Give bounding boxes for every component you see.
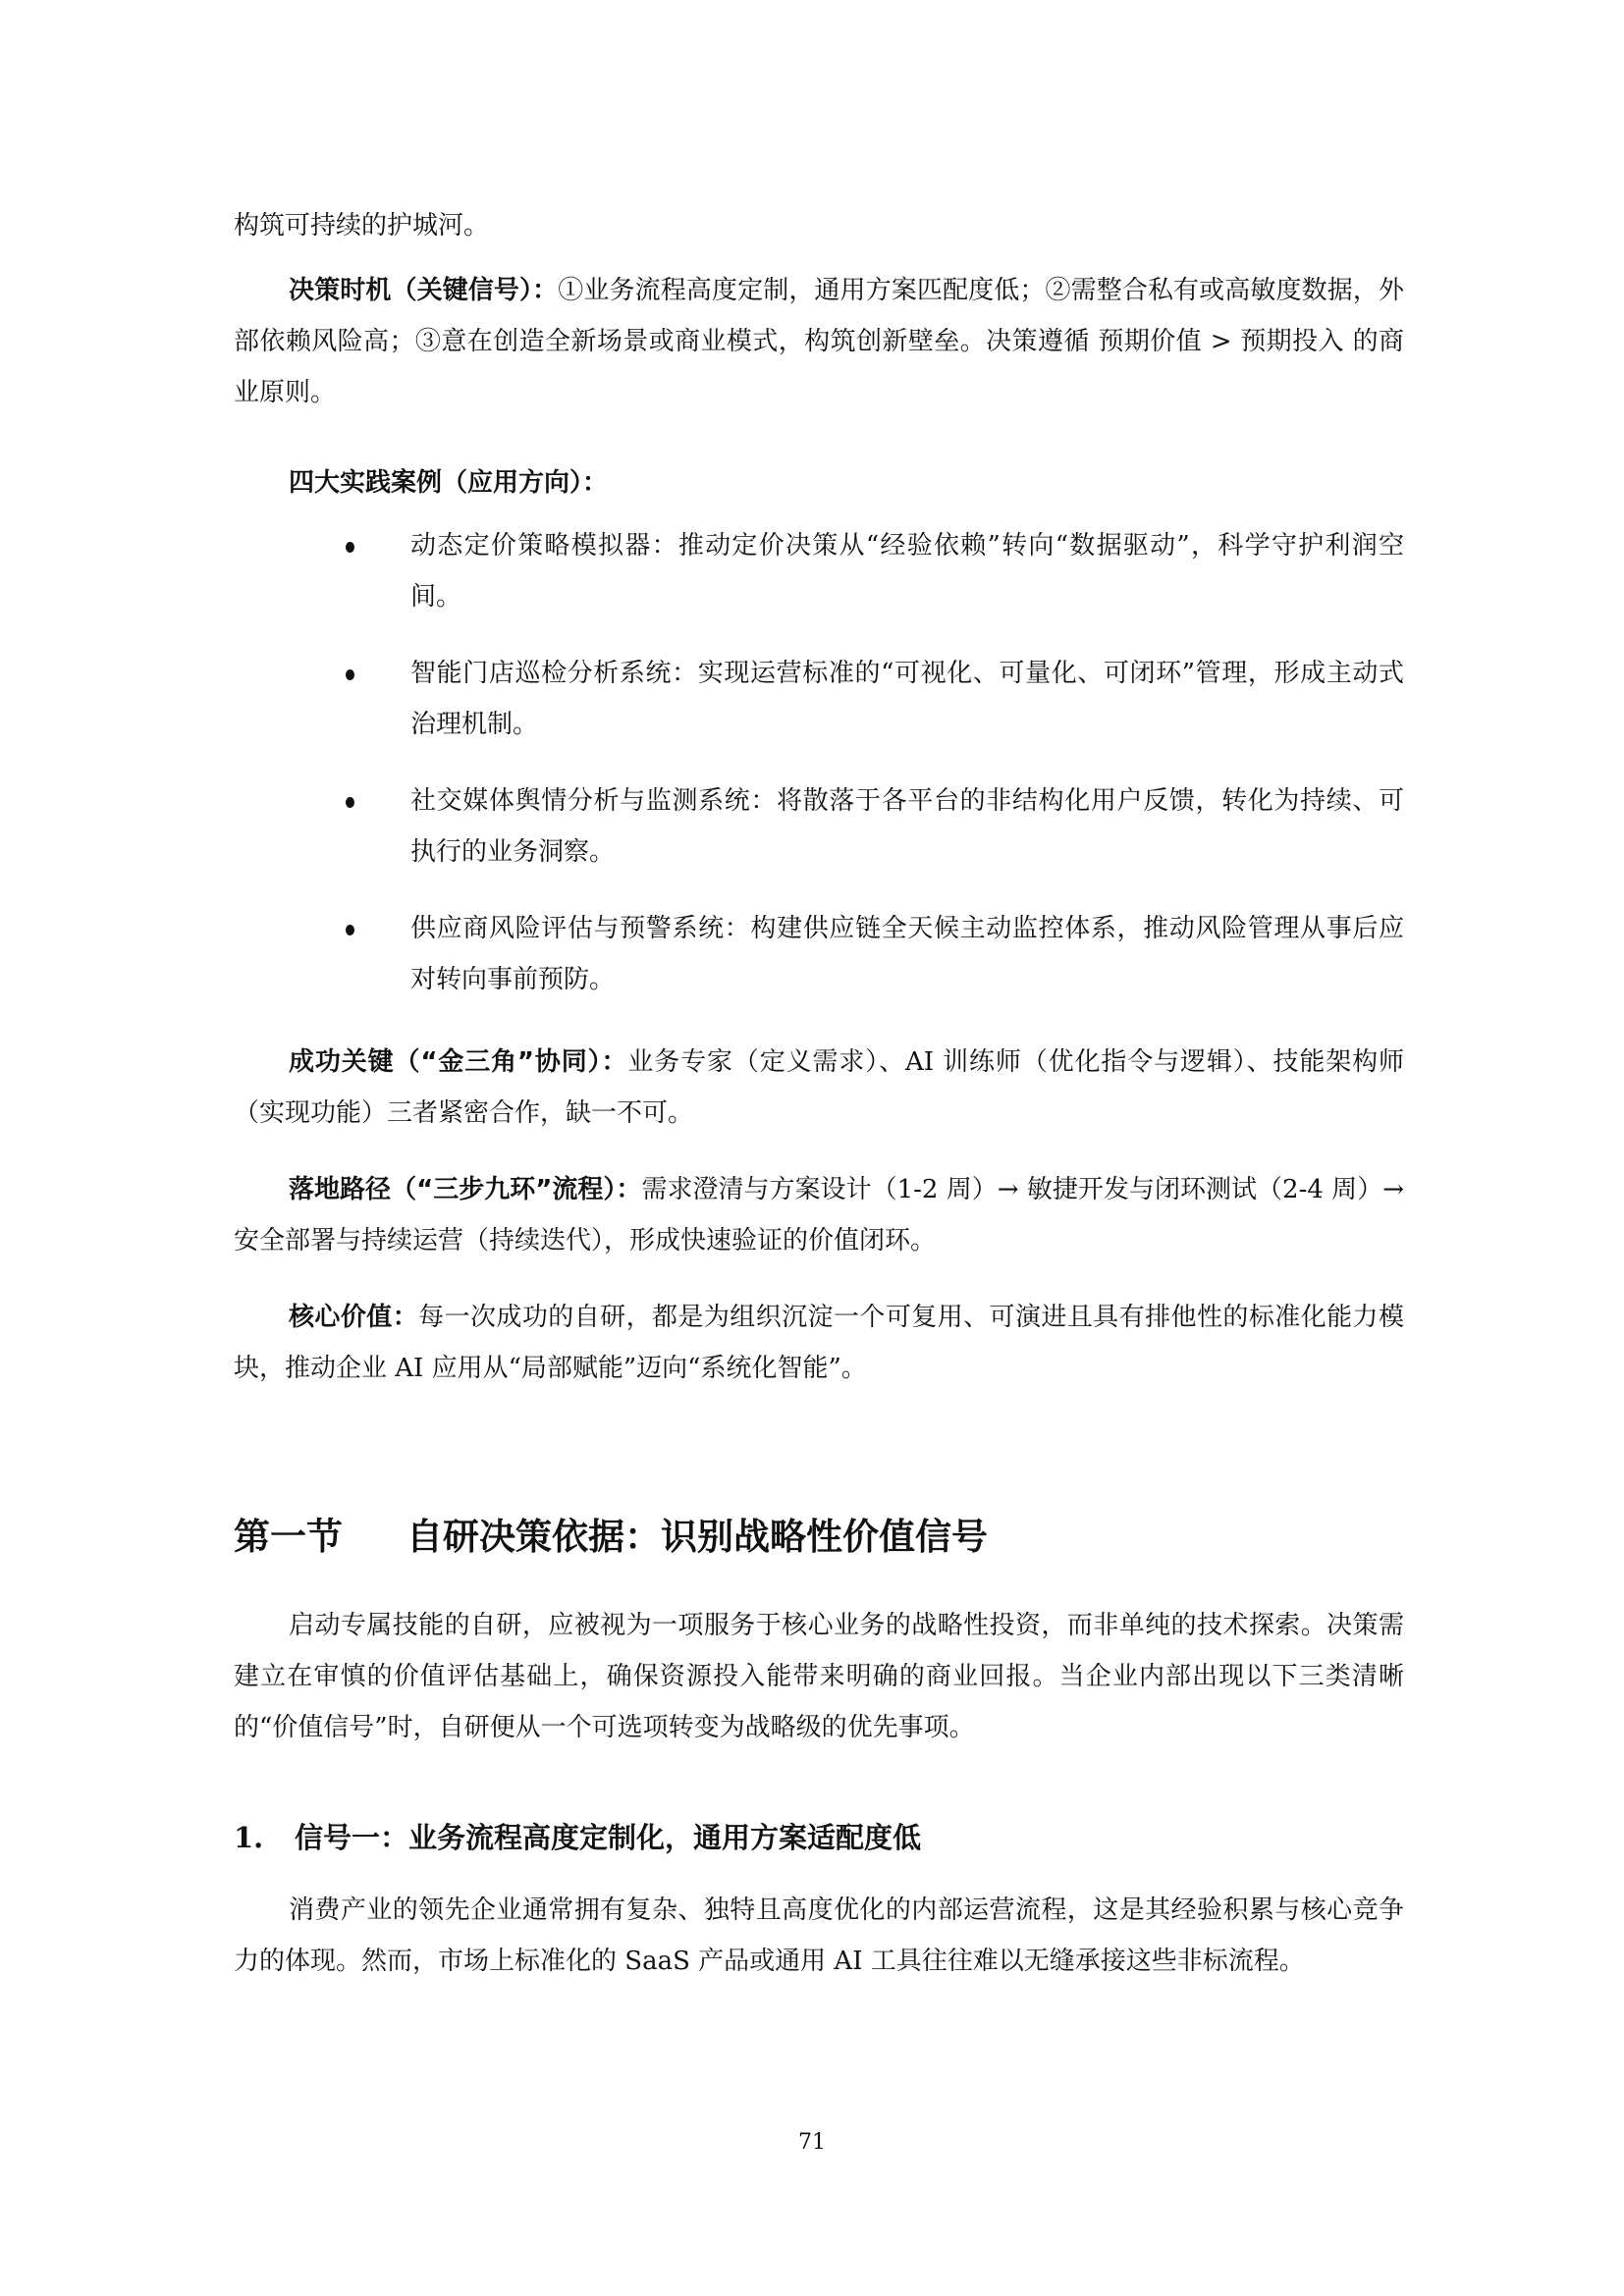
- subsection-heading: 1.信号一：业务流程高度定制化，通用方案适配度低: [234, 1816, 921, 1859]
- bullet-icon: [346, 669, 354, 680]
- cases-list: 动态定价策略模拟器：推动定价决策从“经验依赖”转向“数据驱动”，科学守护利润空间…: [234, 520, 1404, 1031]
- subsection-number: 1.: [234, 1816, 295, 1859]
- success-key-paragraph: 成功关键（“金三角”协同）：业务专家（定义需求）、AI 训练师（优化指令与逻辑）…: [234, 1037, 1404, 1139]
- bullet-icon: [346, 797, 354, 808]
- section-heading: 第一节自研决策依据：识别战略性价值信号: [234, 1508, 988, 1567]
- core-value-label: 核心价值：: [289, 1303, 418, 1332]
- list-item: 供应商风险评估与预警系统：构建供应链全天候主动监控体系，推动风险管理从事后应对转…: [234, 903, 1404, 1005]
- decision-timing-paragraph: 决策时机（关键信号）：①业务流程高度定制，通用方案匹配度低；②需整合私有或高敏度…: [234, 265, 1404, 418]
- success-key-label: 成功关键（“金三角”协同）：: [289, 1047, 627, 1077]
- list-item: 智能门店巡检分析系统：实现运营标准的“可视化、可量化、可闭环”管理，形成主动式治…: [234, 648, 1404, 750]
- landing-path-paragraph: 落地路径（“三步九环”流程）：需求澄清与方案设计（1-2 周）→ 敏捷开发与闭环…: [234, 1164, 1404, 1266]
- intro-fragment: 构筑可持续的护城河。: [234, 200, 1404, 251]
- page-number: 71: [0, 2128, 1624, 2158]
- subsection-text: 消费产业的领先企业通常拥有复杂、独特且高度优化的内部运营流程，这是其经验积累与核…: [234, 1885, 1404, 1987]
- case-text: 智能门店巡检分析系统：实现运营标准的“可视化、可量化、可闭环”管理，形成主动式治…: [410, 659, 1404, 739]
- case-text: 动态定价策略模拟器：推动定价决策从“经验依赖”转向“数据驱动”，科学守护利润空间…: [410, 531, 1404, 612]
- bullet-icon: [346, 542, 354, 553]
- case-text: 社交媒体舆情分析与监测系统：将散落于各平台的非结构化用户反馈，转化为持续、可执行…: [410, 786, 1404, 867]
- core-value-paragraph: 核心价值：每一次成功的自研，都是为组织沉淀一个可复用、可演进且具有排他性的标准化…: [234, 1292, 1404, 1394]
- subsection-title: 信号一：业务流程高度定制化，通用方案适配度低: [295, 1821, 921, 1854]
- list-item: 动态定价策略模拟器：推动定价决策从“经验依赖”转向“数据驱动”，科学守护利润空间…: [234, 520, 1404, 622]
- cases-heading: 四大实践案例（应用方向）：: [234, 457, 1404, 508]
- decision-timing-label: 决策时机（关键信号）：: [289, 276, 558, 305]
- section-title: 自研决策依据：识别战略性价值信号: [406, 1516, 988, 1558]
- section-intro: 启动专属技能的自研，应被视为一项服务于核心业务的战略性投资，而非单纯的技术探索。…: [234, 1600, 1404, 1753]
- list-item: 社交媒体舆情分析与监测系统：将散落于各平台的非结构化用户反馈，转化为持续、可执行…: [234, 775, 1404, 878]
- case-text: 供应商风险评估与预警系统：构建供应链全天候主动监控体系，推动风险管理从事后应对转…: [410, 914, 1404, 994]
- section-number: 第一节: [234, 1508, 406, 1567]
- landing-path-label: 落地路径（“三步九环”流程）：: [289, 1175, 641, 1204]
- bullet-icon: [346, 925, 354, 935]
- cases-label: 四大实践案例（应用方向）：: [289, 468, 608, 498]
